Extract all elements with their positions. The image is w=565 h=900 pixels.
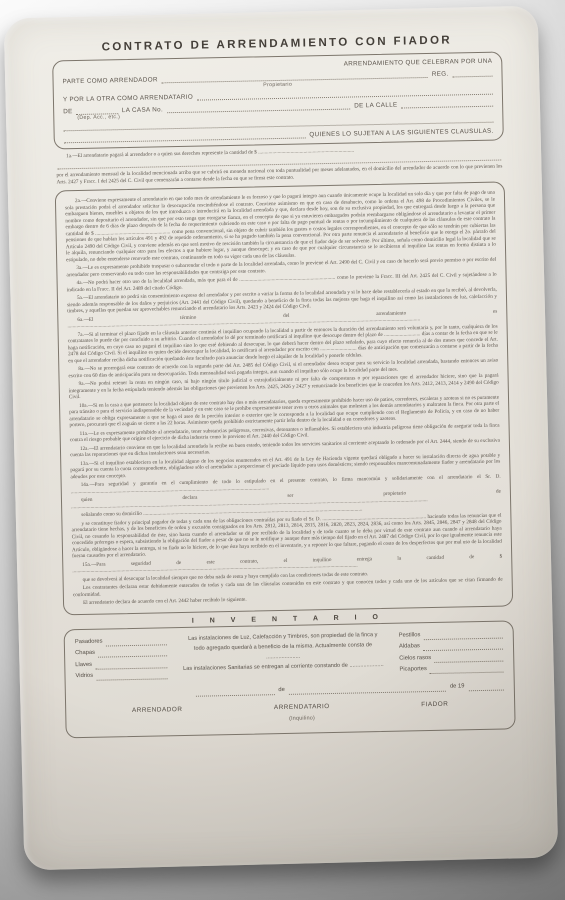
inventory-item-label: Pasadores <box>75 638 103 648</box>
subject-line: QUIENES LO SUJETAN A LAS SIGUIENTES CLAU… <box>309 127 493 138</box>
inventory-item-field <box>96 675 167 681</box>
inventory-left-column: Pasadores Chapas Llaves <box>75 634 168 684</box>
arrendatario-label: ARRENDATARIO <box>274 702 330 713</box>
inventory-item-label: Picaportes <box>399 666 427 676</box>
clauses-box: 2a.—Conviene expresamente el arrendatari… <box>55 181 513 614</box>
inventory-item: Chapas <box>75 648 167 659</box>
calle-label: DE LA CALLE <box>354 101 398 109</box>
arrendatario-field <box>197 89 493 101</box>
inventory-item: Picaportes <box>399 664 503 675</box>
inventory-item-label: Vidrios <box>75 672 93 681</box>
paper-sheet: CONTRATO DE ARRENDAMIENTO CON FIADOR ARR… <box>4 6 559 871</box>
inventory-item: Vidrios <box>75 671 167 682</box>
clause-1-section: 1a.—El arrendatario pagará al arrendador… <box>56 144 503 185</box>
inventory-item-label: Aldabas <box>399 643 420 652</box>
form-title: CONTRATO DE ARRENDAMIENTO CON FIADOR <box>52 33 502 54</box>
celebran-line: ARRENDAMIENTO QUE CELEBRAN POR UNA <box>344 58 493 68</box>
inventory-item-field <box>434 657 503 663</box>
inventory-item: Aldabas <box>399 641 503 652</box>
inventory-item: Cielos rasos <box>399 653 503 664</box>
day-field <box>196 689 275 697</box>
inventory-item-label: Chapas <box>75 649 95 658</box>
inventory-center-text: Las instalaciones de Luz, Calefacción y … <box>177 629 390 682</box>
date-de19-label: de 19 <box>450 682 465 691</box>
inquilino-label: (Inquilino) <box>274 714 330 723</box>
party2-label: Y POR LA OTRA COMO ARRENDATARIO <box>63 94 193 104</box>
inventory-item-label: Llaves <box>75 661 92 670</box>
inventory-item: Llaves <box>75 659 167 670</box>
inventory-item: Pestillos <box>399 630 503 641</box>
fiador-label: FIADOR <box>421 700 448 710</box>
inventory-item-field <box>430 668 504 674</box>
photo-background: CONTRATO DE ARRENDAMIENTO CON FIADOR ARR… <box>0 0 565 900</box>
inventory-item: Pasadores <box>75 636 167 647</box>
de-label: DE <box>63 108 73 115</box>
casa-label: LA CASA No. <box>122 106 163 114</box>
arrendador-label: ARRENDADOR <box>132 705 183 716</box>
inventory-item-field <box>95 663 167 669</box>
inventory-right-column: Pestillos Aldabas Cielos rasos <box>399 627 504 678</box>
header-box: ARRENDAMIENTO QUE CELEBRAN POR UNA PARTE… <box>52 51 504 149</box>
reg-label: REG. <box>432 70 449 77</box>
inventory-item-field <box>106 640 167 646</box>
inventory-item-field <box>423 645 503 652</box>
inventory-item-field <box>98 652 167 658</box>
inventory-item-field <box>423 634 502 641</box>
signature-arrendador: ARRENDADOR <box>132 705 183 726</box>
date-row: de de 19 <box>196 681 504 696</box>
signature-fiador: FIADOR <box>421 700 449 721</box>
inventory-item-label: Cielos rasos <box>399 654 431 664</box>
month-field <box>289 686 446 695</box>
signature-arrendatario: ARRENDATARIO (Inquilino) <box>274 702 330 723</box>
year-field <box>468 684 503 691</box>
signature-row: ARRENDADOR ARRENDATARIO (Inquilino) FIAD… <box>86 699 494 727</box>
clause-paragraph: y se constituye fiador y principal pagad… <box>71 512 502 560</box>
contract-form: CONTRATO DE ARRENDAMIENTO CON FIADOR ARR… <box>52 33 516 738</box>
reg-field <box>453 70 493 77</box>
inventory-box: Pasadores Chapas Llaves <box>64 620 516 739</box>
inventory-item-label: Pestillos <box>399 631 421 640</box>
blank-field <box>64 132 306 143</box>
clause-paragraph: 2a.—Conviene expresamente el arrendatari… <box>65 190 496 264</box>
date-de-label: de <box>278 686 285 695</box>
